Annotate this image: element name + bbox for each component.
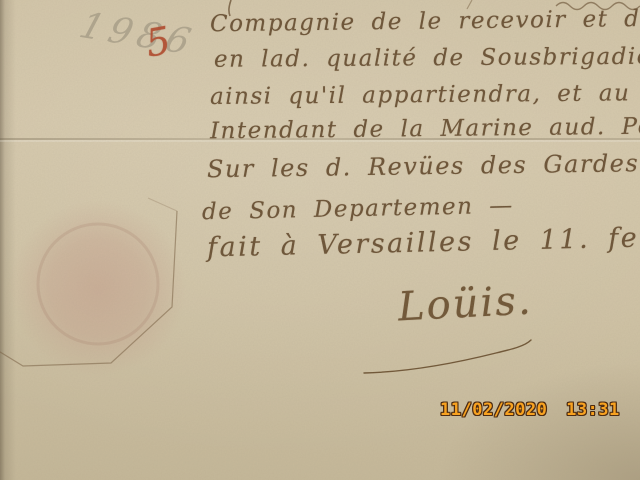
handwritten-line-1: Compagnie de le recevoir et de le fai bbox=[210, 5, 640, 38]
handwritten-line-5: Sur les d. Revües des Gardes d bbox=[207, 149, 640, 183]
seal-octagon-top-edge bbox=[148, 198, 177, 211]
wax-seal-stain bbox=[10, 200, 186, 376]
wax-seal-inner-ring bbox=[38, 224, 158, 344]
signature-flourish bbox=[364, 340, 531, 373]
royal-signature: Loüis. bbox=[397, 278, 534, 331]
manuscript-photo: 1986 5 Compagnie de le recevoir et de le… bbox=[0, 0, 640, 480]
handwritten-line-2: en lad. qualité de Sousbrigadier de bbox=[214, 43, 640, 72]
handwritten-line-4: Intendant de la Marine aud. Po bbox=[210, 114, 640, 145]
seal-octagon-outline bbox=[0, 211, 177, 366]
camera-timestamp: 11/02/2020 13:31 bbox=[440, 400, 620, 420]
handwritten-line-7: fait à Versailles le 11. fevri bbox=[207, 222, 640, 264]
handwritten-line-6: de Son Departemen — bbox=[202, 193, 514, 226]
handwritten-line-3: ainsi qu'il appartiendra, et au S. bbox=[210, 80, 640, 110]
pencil-inventory-mark: 1986 bbox=[75, 6, 201, 64]
